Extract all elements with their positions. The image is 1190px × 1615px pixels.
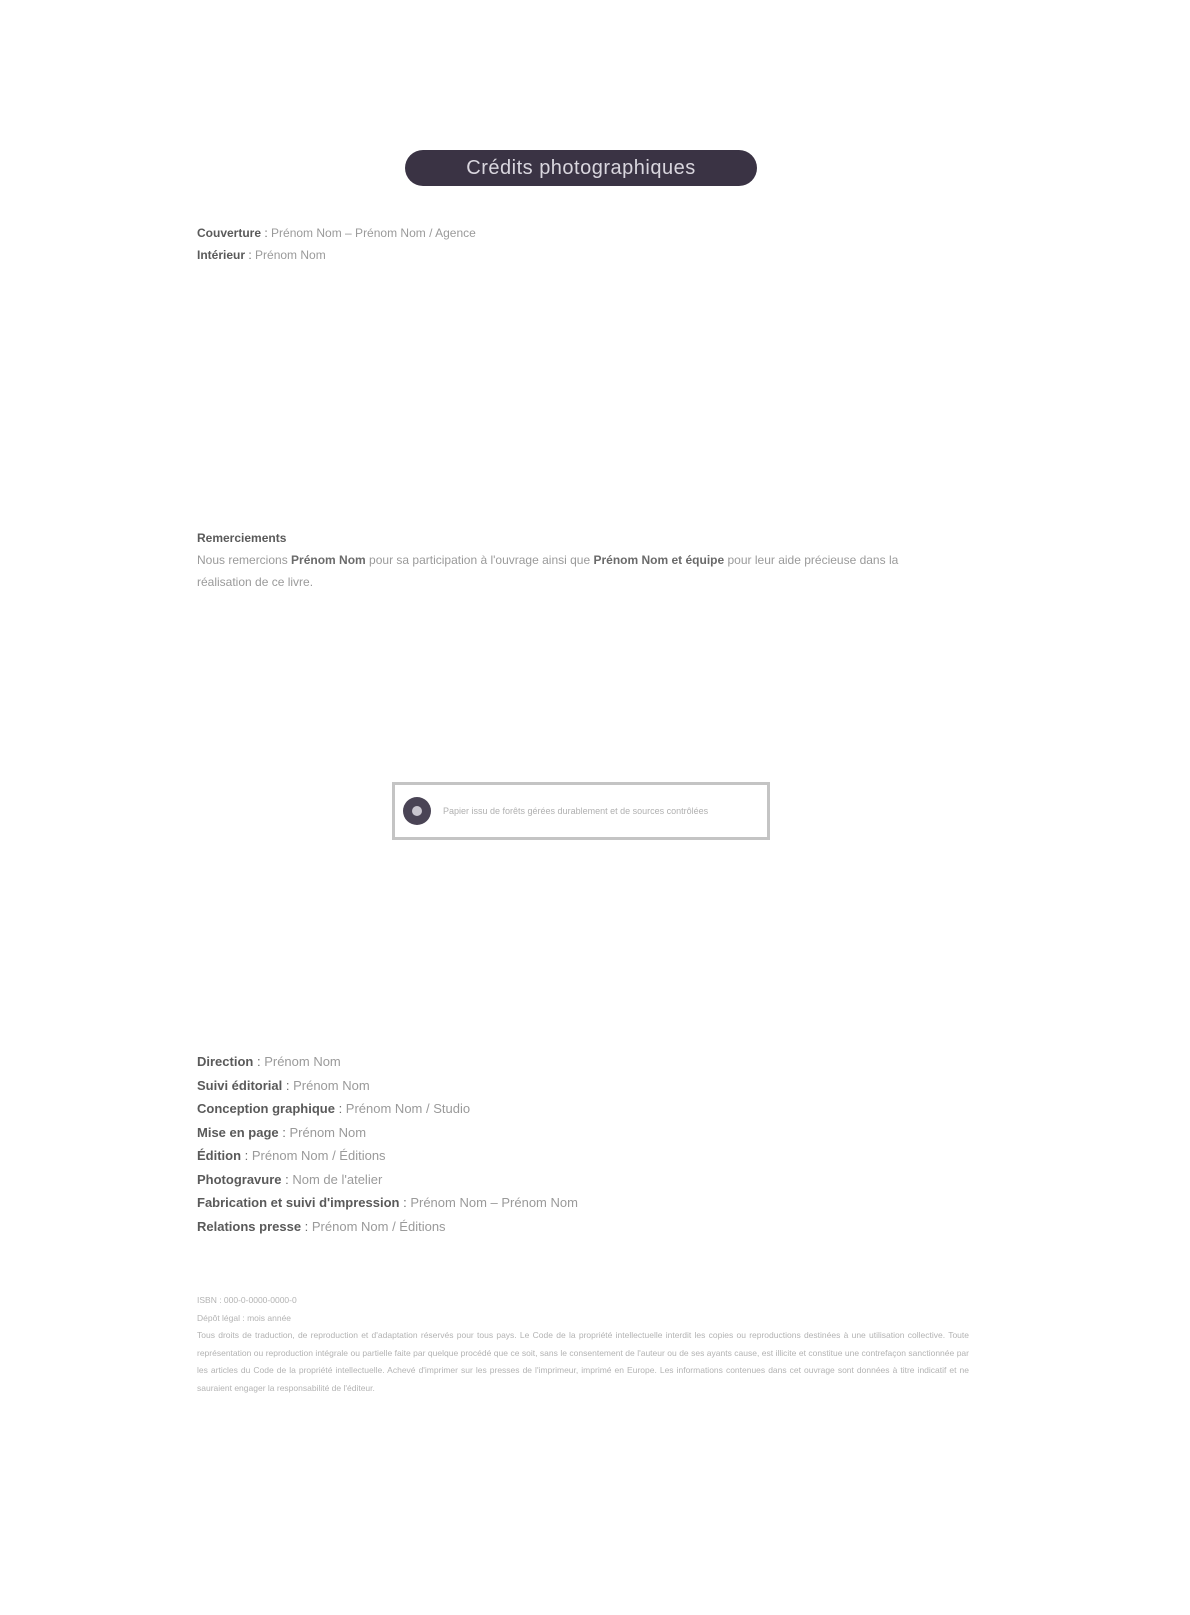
- isbn: ISBN : 000-0-0000-0000-0: [197, 1292, 969, 1310]
- section-title: Crédits photographiques: [466, 157, 695, 180]
- credit-line: Couverture : Prénom Nom – Prénom Nom / A…: [197, 222, 476, 244]
- legal-deposit: Dépôt légal : mois année: [197, 1310, 969, 1328]
- credit-row: Conception graphique : Prénom Nom / Stud…: [197, 1097, 578, 1121]
- acknowledgements: Remerciements Nous remercions Prénom Nom…: [197, 527, 917, 593]
- acknowledgements-text: Nous remercions Prénom Nom pour sa parti…: [197, 549, 917, 593]
- photo-credits: Couverture : Prénom Nom – Prénom Nom / A…: [197, 222, 476, 266]
- editorial-credits: Direction : Prénom Nom Suivi éditorial :…: [197, 1050, 578, 1238]
- section-title-banner: Crédits photographiques: [405, 150, 757, 186]
- credit-row: Mise en page : Prénom Nom: [197, 1121, 578, 1145]
- credit-row: Photogravure : Nom de l'atelier: [197, 1168, 578, 1192]
- copyright-notice: Tous droits de traduction, de reproducti…: [197, 1327, 969, 1397]
- eco-paper-badge: Papier issu de forêts gérées durablement…: [392, 782, 770, 840]
- acknowledgements-heading: Remerciements: [197, 527, 917, 549]
- credit-row: Relations presse : Prénom Nom / Éditions: [197, 1215, 578, 1239]
- credit-line: Intérieur : Prénom Nom: [197, 244, 476, 266]
- credit-row: Fabrication et suivi d'impression : Prén…: [197, 1191, 578, 1215]
- credit-row: Direction : Prénom Nom: [197, 1050, 578, 1074]
- eco-paper-logo-icon: [403, 797, 431, 825]
- credit-row: Suivi éditorial : Prénom Nom: [197, 1074, 578, 1098]
- badge-text: Papier issu de forêts gérées durablement…: [443, 806, 708, 816]
- credit-row: Édition : Prénom Nom / Éditions: [197, 1144, 578, 1168]
- legal-notice: ISBN : 000-0-0000-0000-0 Dépôt légal : m…: [197, 1292, 969, 1397]
